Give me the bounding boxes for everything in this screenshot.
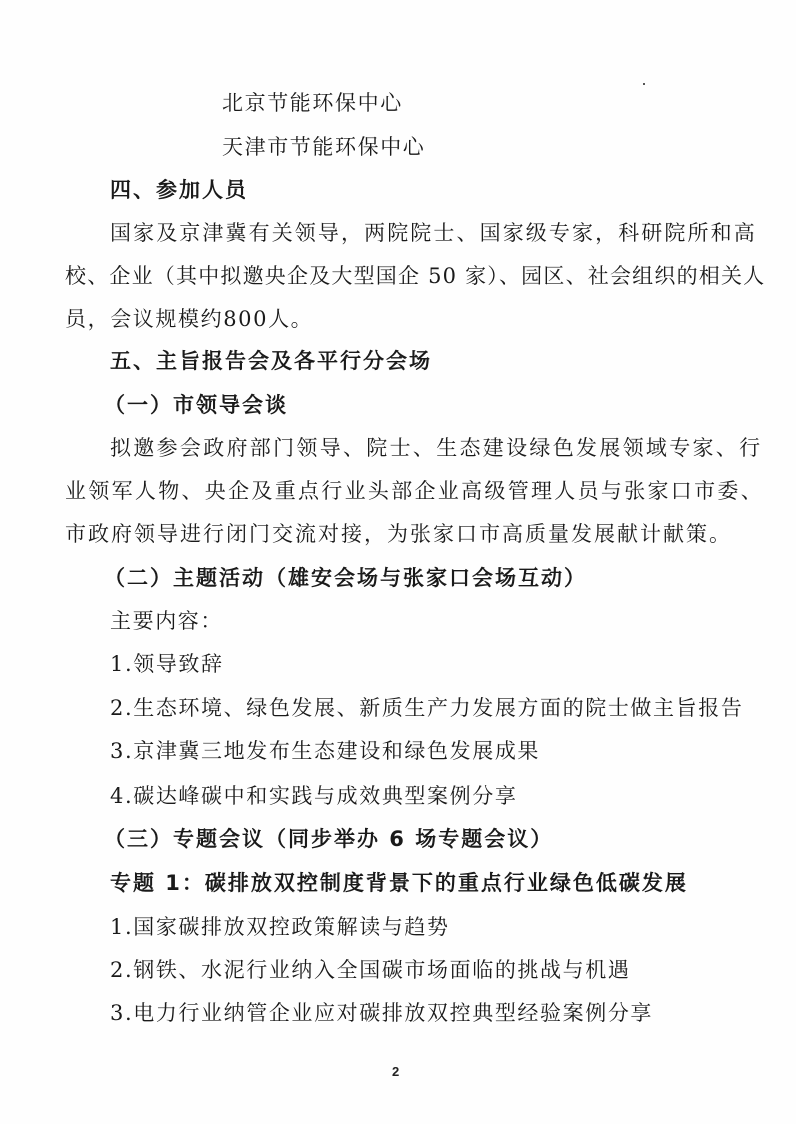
page-number: 2 xyxy=(392,1064,399,1079)
topic-heading: 专题 1：碳排放双控制度背景下的重点行业绿色低碳发展 xyxy=(110,868,785,898)
list-item: 3.京津冀三地发布生态建设和绿色发展成果 xyxy=(110,736,785,766)
organizer-tianjin: 天津市节能环保中心 xyxy=(222,132,796,162)
list-item: 4.碳达峰碳中和实践与成效典型案例分享 xyxy=(110,781,785,811)
paragraph-line: 员，会议规模约800人。 xyxy=(65,304,740,334)
paragraph-line: 市政府领导进行闭门交流对接，为张家口市高质量发展献计献策。 xyxy=(65,519,740,549)
list-item: 2.生态环境、绿色发展、新质生产力发展方面的院士做主旨报告 xyxy=(110,693,785,723)
organizer-beijing: 北京节能环保中心 xyxy=(222,88,796,118)
section-heading-participants: 四、参加人员 xyxy=(110,175,785,205)
list-item: 3.电力行业纳管企业应对碳排放双控典型经验案例分享 xyxy=(110,998,785,1028)
list-item: 1.国家碳排放双控政策解读与趋势 xyxy=(110,912,785,942)
list-intro: 主要内容： xyxy=(110,606,785,636)
paragraph-line: 业领军人物、央企及重点行业头部企业高级管理人员与张家口市委、 xyxy=(65,476,740,506)
section-heading-keynote: 五、主旨报告会及各平行分会场 xyxy=(110,346,785,376)
paragraph-line: 校、企业（其中拟邀央企及大型国企 50 家）、园区、社会组织的相关人 xyxy=(65,261,740,291)
list-item: 2.钢铁、水泥行业纳入全国碳市场面临的挑战与机遇 xyxy=(110,955,785,985)
scan-speck xyxy=(643,83,645,85)
paragraph-line: 国家及京津冀有关领导，两院院士、国家级专家，科研院所和高 xyxy=(110,218,785,248)
subsection-heading-leader-talk: （一）市领导会谈 xyxy=(104,390,779,420)
subsection-heading-topic-meetings: （三）专题会议（同步举办 6 场专题会议） xyxy=(104,824,779,854)
paragraph-line: 拟邀参会政府部门领导、院士、生态建设绿色发展领域专家、行 xyxy=(110,433,785,463)
list-item: 1.领导致辞 xyxy=(110,649,785,679)
document-page: 北京节能环保中心 天津市节能环保中心 四、参加人员 国家及京津冀有关领导，两院院… xyxy=(0,0,796,1124)
subsection-heading-theme-activity: （二）主题活动（雄安会场与张家口会场互动） xyxy=(104,563,779,593)
